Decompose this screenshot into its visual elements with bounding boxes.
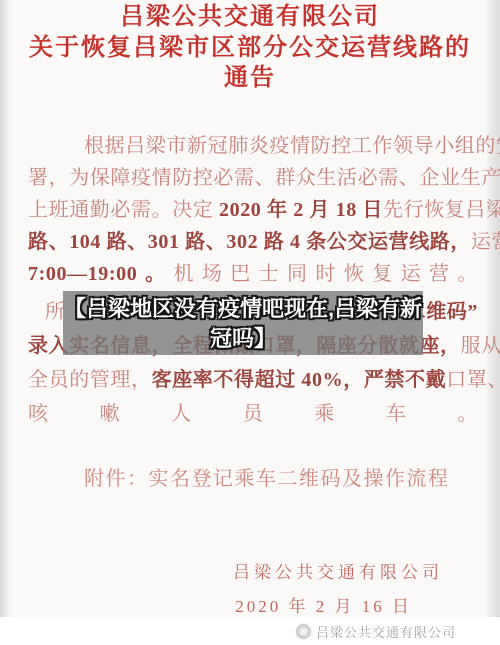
body-text-segment: 上班通勤必需。决定	[28, 199, 219, 221]
company-logo-icon	[296, 624, 311, 639]
body-text-segment: 严禁不戴	[364, 369, 446, 391]
body-line: 根据吕梁市新冠肺炎疫情防控工作领导小组的安排部	[28, 130, 478, 162]
body-line: 路、104 路、301 路、302 路 4 条公交运营线路，运营时间为	[28, 226, 478, 258]
body-line: 署，为保障疫情防控必需、群众生活必需、企业生产必需和	[28, 162, 478, 194]
signature-company: 吕梁公共交通有限公司	[233, 558, 443, 583]
subtitle-text: 【吕梁地区没有疫情吧现在,吕梁有新 冠吗】	[33, 294, 453, 354]
body-text-segment: 2020 年 2 月 18 日	[219, 199, 383, 221]
body-text-segment: 咳嗽人员乘车。	[28, 403, 478, 425]
body-text-segment: 口罩、发烧、	[446, 369, 500, 391]
body-line: 全员的管理，客座率不得超过 40%，严禁不戴口罩、发烧、	[28, 363, 478, 397]
body-text-segment: 7:00—19:00。	[28, 263, 174, 285]
body-text-segment: 署，为保障疫情防控必需、群众生活必需、企业生产必需和	[28, 167, 500, 189]
notice-photo: 吕梁公共交通有限公司 关于恢复吕梁市区部分公交运营线路的 通告 根据吕梁市新冠肺…	[0, 0, 500, 645]
paragraph-resume-routes: 根据吕梁市新冠肺炎疫情防控工作领导小组的安排部署，为保障疫情防控必需、群众生活必…	[28, 130, 478, 290]
body-text-segment: 先行恢复吕梁	[383, 199, 500, 221]
watermark: 吕梁公共交通有限公司	[296, 622, 456, 641]
attachment-line: 附件：实名登记乘车二维码及操作流程	[84, 462, 450, 491]
watermark-text: 吕梁公共交通有限公司	[316, 622, 456, 641]
body-text-segment: 运营时间为	[471, 231, 500, 253]
subtitle-line-2: 冠吗】	[33, 324, 453, 354]
body-text-segment: 服从随车安	[461, 335, 500, 357]
title-company-line: 吕梁公共交通有限公司	[0, 2, 500, 33]
body-text-segment: 机场巴士同时恢复运营。	[174, 263, 479, 285]
title-notice-word: 通告	[0, 63, 500, 94]
title-subject-line: 关于恢复吕梁市区部分公交运营线路的	[0, 33, 500, 64]
body-text-segment: 根据吕梁市新冠肺炎疫情防控工作领导小组的安排部	[84, 135, 500, 157]
watermark-bar: 吕梁公共交通有限公司	[0, 617, 500, 645]
subtitle-line-1: 【吕梁地区没有疫情吧现在,吕梁有新	[33, 294, 453, 324]
body-text-segment: 客座率不得超过 40%，	[152, 369, 364, 391]
document-title: 吕梁公共交通有限公司 关于恢复吕梁市区部分公交运营线路的 通告	[0, 2, 500, 94]
body-text-segment: 全员的管理，	[28, 369, 152, 391]
body-line: 上班通勤必需。决定 2020 年 2 月 18 日先行恢复吕梁市区 101	[28, 194, 478, 226]
body-line: 咳嗽人员乘车。	[28, 397, 478, 431]
signature-date: 2020 年 2 月 16 日	[235, 592, 412, 617]
body-line: 7:00—19:00。机场巴士同时恢复运营。	[28, 258, 478, 290]
subtitle-overlay: 【吕梁地区没有疫情吧现在,吕梁有新 冠吗】	[63, 291, 423, 355]
body-text-segment: 路、104 路、301 路、302 路 4 条公交运营线路，	[28, 231, 471, 253]
